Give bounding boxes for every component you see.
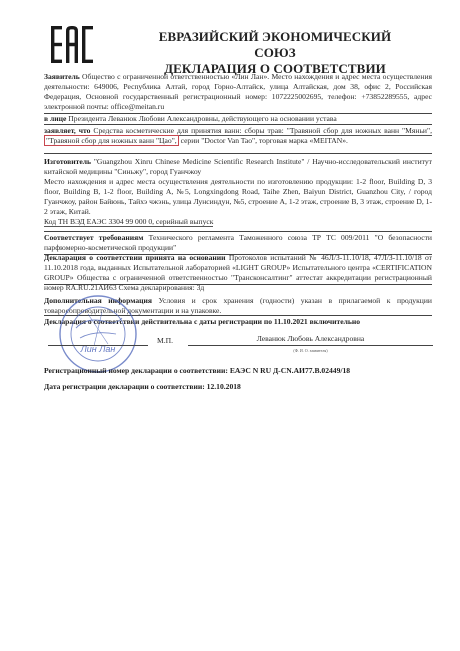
- manufacturer-section: Изготовитель "Guangzhou Xinru Chinese Me…: [44, 157, 432, 227]
- manufacturer-text: "Guangzhou Xinru Chinese Medicine Scient…: [44, 157, 432, 176]
- basis-label: Декларация о соответствии принята на осн…: [44, 253, 226, 262]
- registration-date-label: Дата регистрации декларации о соответств…: [44, 382, 205, 391]
- highlighted-product: "Травяной сбор для ножных ванн "Цао",: [44, 135, 179, 146]
- declares-section: заявляет, что Средства косметические для…: [44, 126, 432, 146]
- hs-code: Код ТН ВЭД ЕАЭС 3304 99 000 0, серийный …: [44, 217, 213, 227]
- divider: [44, 231, 432, 232]
- manufacturer-address: Место нахождения и адрес места осуществл…: [44, 177, 432, 217]
- basis-section: Декларация о соответствии принята на осн…: [44, 253, 432, 293]
- signature-line: [188, 345, 433, 346]
- stamp-line: [48, 345, 148, 346]
- company-stamp-icon: Лин Лан: [58, 294, 138, 374]
- represented-by-section: в лице Президента Леванюк Любови Алексан…: [44, 114, 432, 124]
- declares-text-after: серии "Doctor Van Tao", торговая марка «…: [179, 136, 348, 145]
- signatory-name: Леванюк Любовь Александровна: [188, 334, 433, 343]
- registration-date: Дата регистрации декларации о соответств…: [44, 382, 241, 391]
- applicant-text: Общество с ограниченной ответственностью…: [44, 72, 432, 111]
- divider: [44, 284, 432, 285]
- divider: [44, 153, 432, 154]
- registration-date-value: 12.10.2018: [207, 382, 241, 391]
- represented-by-text: Президента Леванюк Любови Александровны,…: [66, 114, 336, 123]
- registration-number-label: Регистрационный номер декларации о соотв…: [44, 366, 228, 375]
- applicant-label: Заявитель: [44, 72, 80, 81]
- document-title: ЕВРАЗИЙСКИЙ ЭКОНОМИЧЕСКИЙ СОЮЗ ДЕКЛАРАЦИ…: [140, 29, 410, 77]
- eac-logo-icon: [51, 26, 93, 63]
- seal-label: М.П.: [157, 336, 173, 345]
- conformity-section: Соответствует требованиям Технического р…: [44, 233, 432, 253]
- conformity-label: Соответствует требованиям: [44, 233, 143, 242]
- signatory-sublabel: (Ф. И. О. заявителя): [188, 348, 433, 353]
- manufacturer-label: Изготовитель: [44, 157, 91, 166]
- divider: [44, 124, 432, 125]
- registration-number: Регистрационный номер декларации о соотв…: [44, 366, 350, 375]
- applicant-section: Заявитель Общество с ограниченной ответс…: [44, 72, 432, 112]
- title-union: ЕВРАЗИЙСКИЙ ЭКОНОМИЧЕСКИЙ СОЮЗ: [140, 29, 410, 61]
- registration-number-value: ЕАЭС N RU Д-CN.АИ77.В.02449/18: [230, 366, 350, 375]
- represented-by-label: в лице: [44, 114, 66, 123]
